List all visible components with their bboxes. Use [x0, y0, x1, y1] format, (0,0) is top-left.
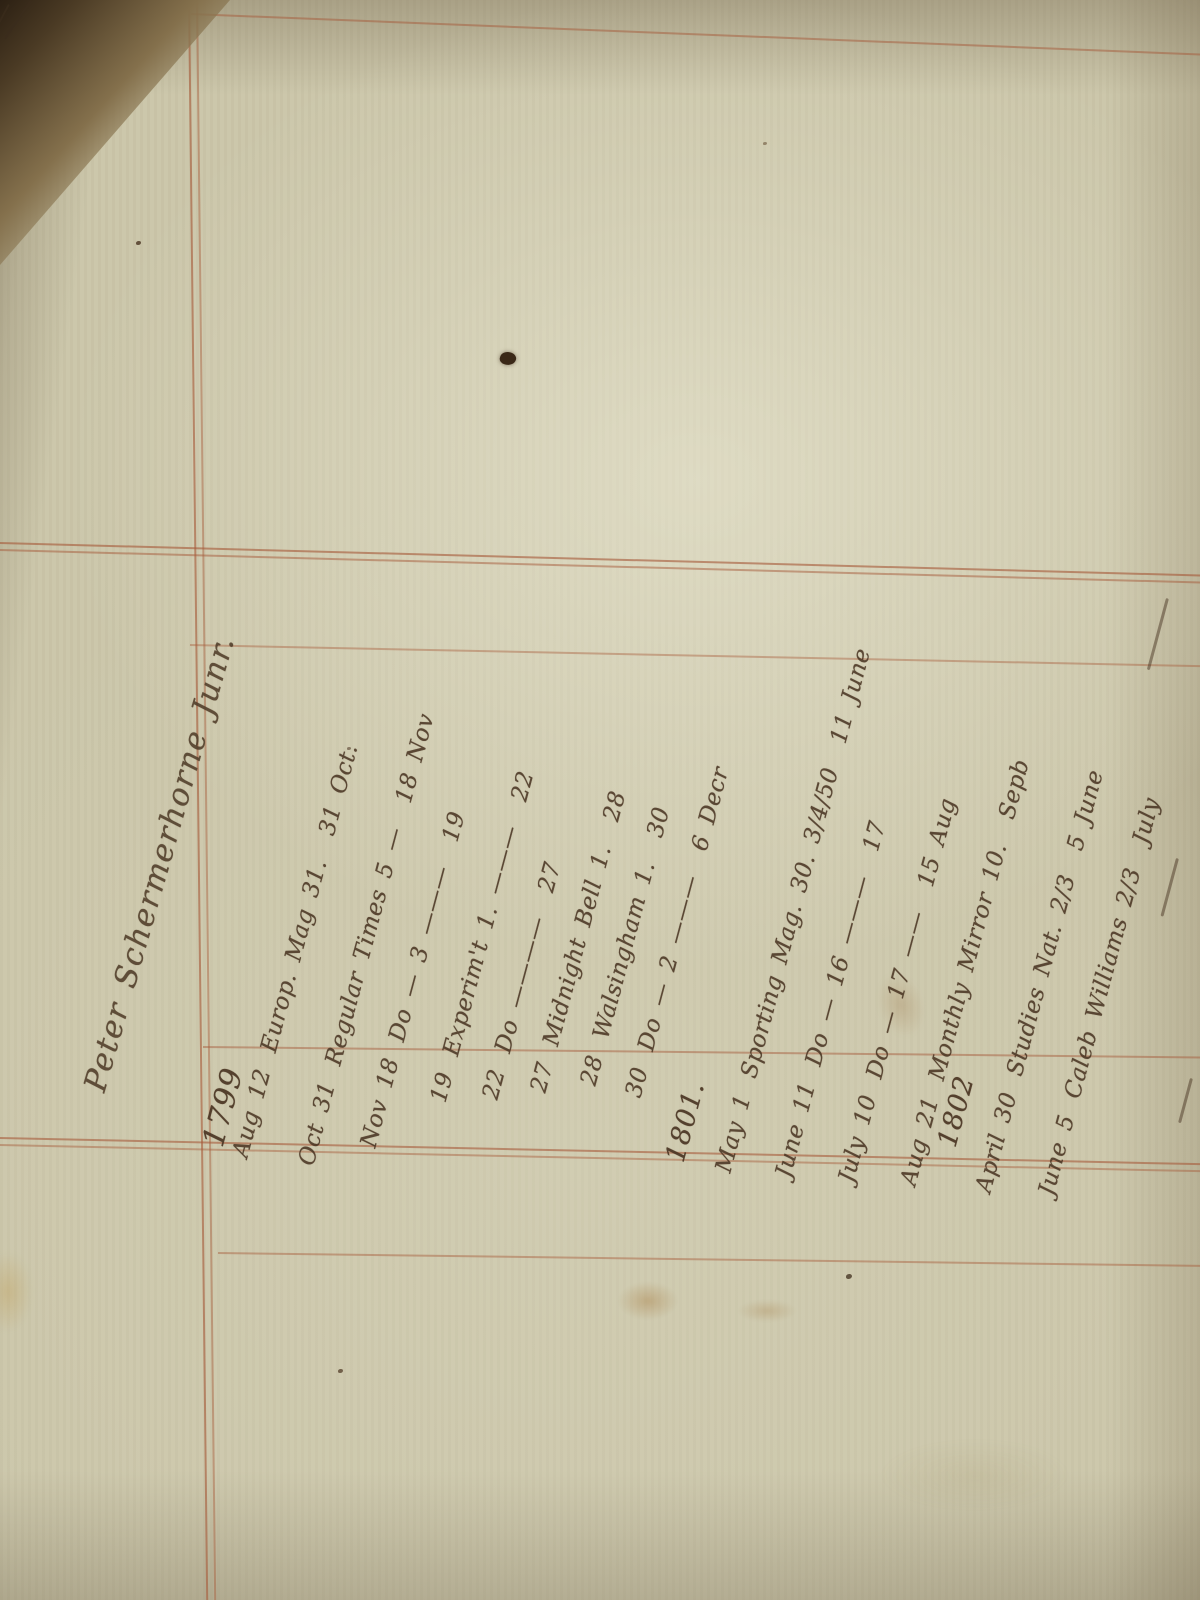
entry-return-date: 17 [858, 818, 891, 854]
entries-layer: Peter Schermerhorne Junr. 1799Aug 12Euro… [0, 0, 1200, 1600]
account-holder-name: Peter Schermerhorne Junr. [80, 632, 240, 1095]
entry-return-date: 31 Oct. [314, 741, 363, 838]
entry-date: May 1 [711, 1092, 757, 1176]
entry-date: 27 [526, 1059, 559, 1095]
entry-return-date: July [1128, 795, 1165, 847]
entry-date: 22 [478, 1066, 511, 1102]
entry-date: Oct 31 [294, 1079, 341, 1168]
entry-text: Studies Nat. 2/3 [1002, 872, 1081, 1079]
ledger-page: Peter Schermerhorne Junr. 1799Aug 12Euro… [0, 0, 1200, 1600]
entry-date: 28 [576, 1052, 609, 1088]
entry-date: 30 [621, 1064, 654, 1100]
entry-date: June 11 [771, 1079, 821, 1180]
entry-date: July 10 [834, 1092, 882, 1185]
entry-return-date: 5 June [1062, 767, 1108, 853]
entry-text: Do — 17 —— [862, 908, 932, 1081]
year-label: 1801. [662, 1079, 709, 1165]
entry-return-date: 30 [642, 804, 675, 840]
entry-return-date: 22 [507, 768, 540, 804]
entry-text: Europ. Mag 31. [256, 857, 333, 1056]
entry-return-date: 27 [533, 859, 566, 895]
entry-date: June 5 [1034, 1112, 1080, 1198]
entry-return-date: 19 [438, 809, 471, 845]
entry-text: Do — 3 ——— [384, 863, 456, 1044]
entry-date: 19 [426, 1069, 459, 1105]
ledger-entry: June 5Caleb Williams 2/3July [1036, 796, 1164, 1198]
entry-return-date: 28 [598, 788, 631, 824]
entry-return-date: 11 June [826, 645, 876, 746]
entry-date: Nov 18 [356, 1055, 405, 1150]
entry-text: Do — 16 ——— [801, 873, 877, 1069]
entry-return-date: Sepb [994, 756, 1035, 821]
entry-return-date: 15 Aug [913, 795, 962, 889]
ledger-entry: Aug 12Europ. Mag 31.31 Oct. [230, 742, 363, 1160]
entry-return-date: 6 Decr [687, 764, 734, 854]
entry-text: 1801. [660, 1078, 711, 1166]
entry-date: April 30 [971, 1089, 1023, 1195]
entry-return-date: 18 Nov [391, 711, 440, 806]
